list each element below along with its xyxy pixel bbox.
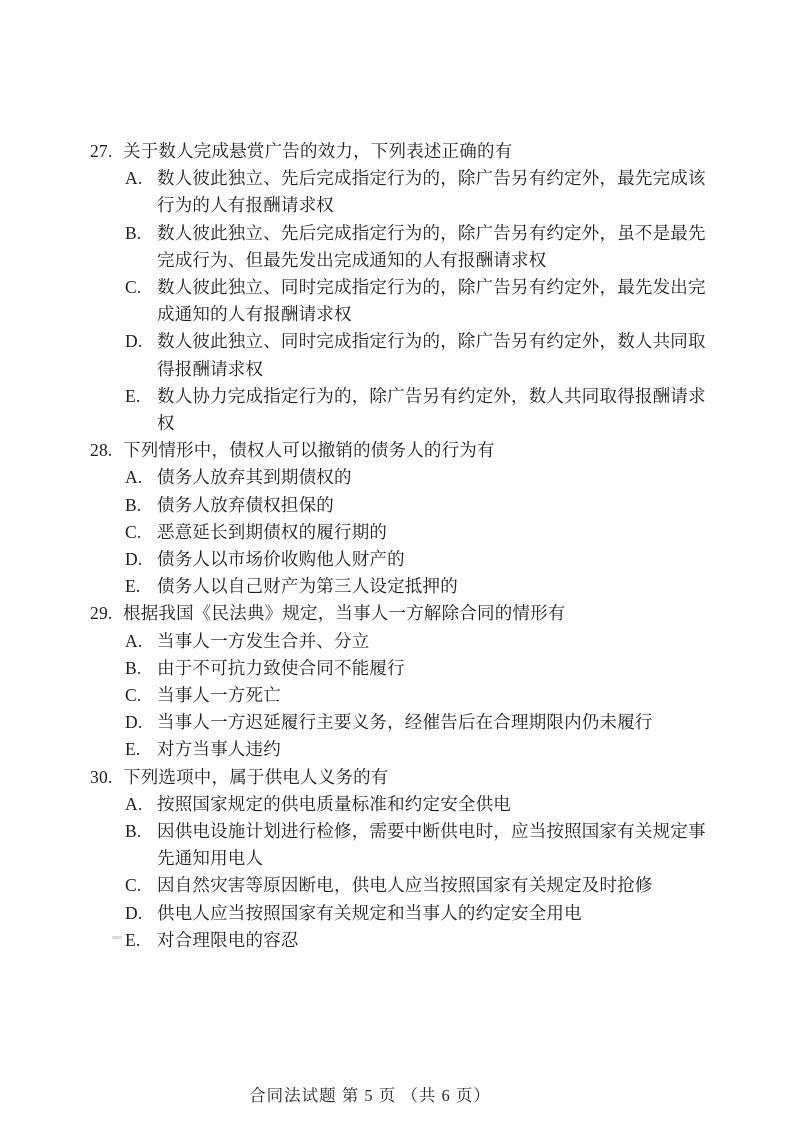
option-27-e: E.数人协力完成指定行为的，除广告另有约定外，数人共同取得报酬请求权 bbox=[90, 383, 716, 437]
page-footer: 合同法试题 第 5 页 （共 6 页） bbox=[0, 1082, 740, 1106]
option-label: E. bbox=[125, 927, 157, 954]
option-text: 对方当事人违约 bbox=[157, 739, 281, 759]
question-list: 27.关于数人完成悬赏广告的效力，下列表述正确的有 A.数人彼此独立、先后完成指… bbox=[0, 138, 800, 954]
option-29-a: A.当事人一方发生合并、分立 bbox=[90, 628, 716, 655]
option-text: 债务人放弃债权担保的 bbox=[157, 495, 334, 515]
option-label: D. bbox=[125, 546, 157, 573]
option-text: 数人彼此独立、同时完成指定行为的，除广告另有约定外，数人共同取得报酬请求权 bbox=[157, 331, 706, 378]
question-stem-text: 根据我国《民法典》规定，当事人一方解除合同的情形有 bbox=[123, 603, 566, 623]
option-label: C. bbox=[125, 274, 157, 301]
option-label: A. bbox=[125, 628, 157, 655]
scan-artifact-mark bbox=[112, 936, 122, 939]
option-29-d: D.当事人一方迟延履行主要义务，经催告后在合理期限内仍未履行 bbox=[90, 709, 716, 736]
question-29: 29.根据我国《民法典》规定，当事人一方解除合同的情形有 A.当事人一方发生合并… bbox=[90, 600, 716, 763]
option-29-b: B.由于不可抗力致使合同不能履行 bbox=[90, 655, 716, 682]
option-27-b: B.数人彼此独立、先后完成指定行为的，除广告另有约定外，虽不是最先完成行为、但最… bbox=[90, 220, 716, 274]
option-text: 因自然灾害等原因断电，供电人应当按照国家有关规定及时抢修 bbox=[157, 875, 653, 895]
option-28-d: D.债务人以市场价收购他人财产的 bbox=[90, 546, 716, 573]
question-27: 27.关于数人完成悬赏广告的效力，下列表述正确的有 A.数人彼此独立、先后完成指… bbox=[90, 138, 716, 437]
option-text: 债务人放弃其到期债权的 bbox=[157, 467, 352, 487]
option-text: 当事人一方死亡 bbox=[157, 685, 281, 705]
question-stem: 28.下列情形中，债权人可以撤销的债务人的行为有 bbox=[90, 437, 716, 464]
option-label: A. bbox=[125, 791, 157, 818]
option-label: E. bbox=[125, 573, 157, 600]
option-label: B. bbox=[125, 220, 157, 247]
option-label: A. bbox=[125, 165, 157, 192]
option-28-c: C.恶意延长到期债权的履行期的 bbox=[90, 519, 716, 546]
option-28-a: A.债务人放弃其到期债权的 bbox=[90, 464, 716, 491]
option-text: 对合理限电的容忍 bbox=[157, 930, 299, 950]
option-text: 数人彼此独立、同时完成指定行为的，除广告另有约定外，最先发出完成通知的人有报酬请… bbox=[157, 277, 706, 324]
option-30-c: C.因自然灾害等原因断电，供电人应当按照国家有关规定及时抢修 bbox=[90, 872, 716, 899]
question-number: 30. bbox=[90, 764, 123, 791]
option-29-c: C.当事人一方死亡 bbox=[90, 682, 716, 709]
option-29-e: E.对方当事人违约 bbox=[90, 736, 716, 763]
question-stem-text: 下列情形中，债权人可以撤销的债务人的行为有 bbox=[123, 440, 495, 460]
question-number: 28. bbox=[90, 437, 123, 464]
option-text: 由于不可抗力致使合同不能履行 bbox=[157, 658, 405, 678]
option-label: E. bbox=[125, 383, 157, 410]
question-stem: 30.下列选项中，属于供电人义务的有 bbox=[90, 764, 716, 791]
option-label: B. bbox=[125, 492, 157, 519]
option-text: 当事人一方迟延履行主要义务，经催告后在合理期限内仍未履行 bbox=[157, 712, 653, 732]
option-label: A. bbox=[125, 464, 157, 491]
option-27-a: A.数人彼此独立、先后完成指定行为的，除广告另有约定外，最先完成该行为的人有报酬… bbox=[90, 165, 716, 219]
option-text: 数人彼此独立、先后完成指定行为的，除广告另有约定外，虽不是最先完成行为、但最先发… bbox=[157, 223, 706, 270]
question-30: 30.下列选项中，属于供电人义务的有 A.按照国家规定的供电质量标准和约定安全供… bbox=[90, 764, 716, 954]
option-text: 数人协力完成指定行为的，除广告另有约定外，数人共同取得报酬请求权 bbox=[157, 386, 706, 433]
option-27-d: D.数人彼此独立、同时完成指定行为的，除广告另有约定外，数人共同取得报酬请求权 bbox=[90, 328, 716, 382]
option-label: B. bbox=[125, 655, 157, 682]
option-28-b: B.债务人放弃债权担保的 bbox=[90, 492, 716, 519]
option-text: 供电人应当按照国家有关规定和当事人的约定安全用电 bbox=[157, 903, 582, 923]
question-stem: 27.关于数人完成悬赏广告的效力，下列表述正确的有 bbox=[90, 138, 716, 165]
option-30-a: A.按照国家规定的供电质量标准和约定安全供电 bbox=[90, 791, 716, 818]
option-text: 债务人以市场价收购他人财产的 bbox=[157, 549, 405, 569]
question-stem-text: 关于数人完成悬赏广告的效力，下列表述正确的有 bbox=[123, 141, 512, 161]
option-text: 债务人以自己财产为第三人设定抵押的 bbox=[157, 576, 458, 596]
question-number: 29. bbox=[90, 600, 123, 627]
option-label: E. bbox=[125, 736, 157, 763]
option-label: C. bbox=[125, 682, 157, 709]
option-text: 恶意延长到期债权的履行期的 bbox=[157, 522, 387, 542]
option-label: B. bbox=[125, 818, 157, 845]
option-label: D. bbox=[125, 328, 157, 355]
option-text: 因供电设施计划进行检修，需要中断供电时，应当按照国家有关规定事先通知用电人 bbox=[157, 821, 706, 868]
question-stem-text: 下列选项中，属于供电人义务的有 bbox=[123, 767, 389, 787]
option-30-d: D.供电人应当按照国家有关规定和当事人的约定安全用电 bbox=[90, 900, 716, 927]
option-30-b: B.因供电设施计划进行检修，需要中断供电时，应当按照国家有关规定事先通知用电人 bbox=[90, 818, 716, 872]
option-label: C. bbox=[125, 872, 157, 899]
option-label: C. bbox=[125, 519, 157, 546]
question-28: 28.下列情形中，债权人可以撤销的债务人的行为有 A.债务人放弃其到期债权的 B… bbox=[90, 437, 716, 600]
option-label: D. bbox=[125, 900, 157, 927]
option-text: 数人彼此独立、先后完成指定行为的，除广告另有约定外，最先完成该行为的人有报酬请求… bbox=[157, 168, 706, 215]
option-text: 当事人一方发生合并、分立 bbox=[157, 631, 369, 651]
option-28-e: E.债务人以自己财产为第三人设定抵押的 bbox=[90, 573, 716, 600]
question-number: 27. bbox=[90, 138, 123, 165]
option-label: D. bbox=[125, 709, 157, 736]
option-30-e: E.对合理限电的容忍 bbox=[90, 927, 716, 954]
option-text: 按照国家规定的供电质量标准和约定安全供电 bbox=[157, 794, 511, 814]
page-footer-text: 合同法试题 第 5 页 （共 6 页） bbox=[249, 1086, 491, 1105]
exam-page: 27.关于数人完成悬赏广告的效力，下列表述正确的有 A.数人彼此独立、先后完成指… bbox=[0, 0, 800, 1136]
option-27-c: C.数人彼此独立、同时完成指定行为的，除广告另有约定外，最先发出完成通知的人有报… bbox=[90, 274, 716, 328]
question-stem: 29.根据我国《民法典》规定，当事人一方解除合同的情形有 bbox=[90, 600, 716, 627]
